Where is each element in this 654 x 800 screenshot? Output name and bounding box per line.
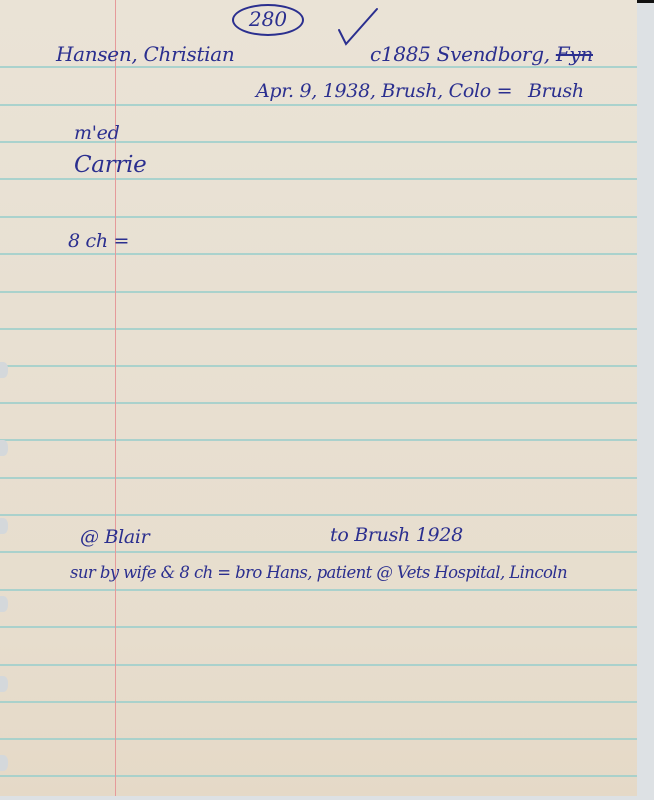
- rule-line: [0, 66, 637, 68]
- residence: @ Blair: [80, 526, 149, 548]
- survivors-note: sur by wife & 8 ch = bro Hans, patient @…: [70, 563, 567, 582]
- spouse-name: Carrie: [74, 152, 146, 178]
- rule-line: [0, 178, 637, 180]
- rule-line: [0, 253, 637, 255]
- rule-line: [0, 551, 637, 553]
- rule-line: [0, 328, 637, 330]
- binder-hole-tear: [0, 596, 8, 612]
- moved-note: to Brush 1928: [330, 524, 463, 546]
- rule-line: [0, 402, 637, 404]
- death-text: Apr. 9, 1938, Brush, Colo =: [256, 80, 512, 102]
- rule-line: [0, 738, 637, 740]
- rule-line: [0, 365, 637, 367]
- burial-place: Brush: [528, 80, 584, 102]
- record-number: 280: [234, 7, 302, 31]
- rule-line: [0, 589, 637, 591]
- birth-date: c1885: [370, 42, 431, 66]
- binder-hole-tear: [0, 518, 8, 534]
- married-label: m'ed: [74, 122, 119, 144]
- scan-edge: [637, 0, 654, 3]
- birth-line: c1885 Svendborg, Fyn: [370, 42, 593, 66]
- person-name: Hansen, Christian: [56, 42, 234, 66]
- struck-text: Fyn: [556, 42, 593, 66]
- rule-line: [0, 477, 637, 479]
- rule-line: [0, 104, 637, 106]
- notebook-page: 280 Hansen, Christian c1885 Svendborg, F…: [0, 0, 637, 796]
- death-line: Apr. 9, 1938, Brush, Colo = Brush: [256, 80, 584, 102]
- rule-line: [0, 216, 637, 218]
- rule-line: [0, 775, 637, 777]
- margin-line: [115, 0, 116, 796]
- rule-line: [0, 626, 637, 628]
- binder-hole-tear: [0, 676, 8, 692]
- rule-line: [0, 701, 637, 703]
- binder-hole-tear: [0, 755, 8, 771]
- children-count: 8 ch =: [68, 230, 129, 252]
- binder-hole-tear: [0, 440, 8, 456]
- rule-line: [0, 439, 637, 441]
- record-number-circle: 280: [232, 4, 304, 36]
- binder-hole-tear: [0, 362, 8, 378]
- rule-line: [0, 291, 637, 293]
- birth-place: Svendborg,: [437, 42, 550, 66]
- rule-line: [0, 514, 637, 516]
- rule-line: [0, 664, 637, 666]
